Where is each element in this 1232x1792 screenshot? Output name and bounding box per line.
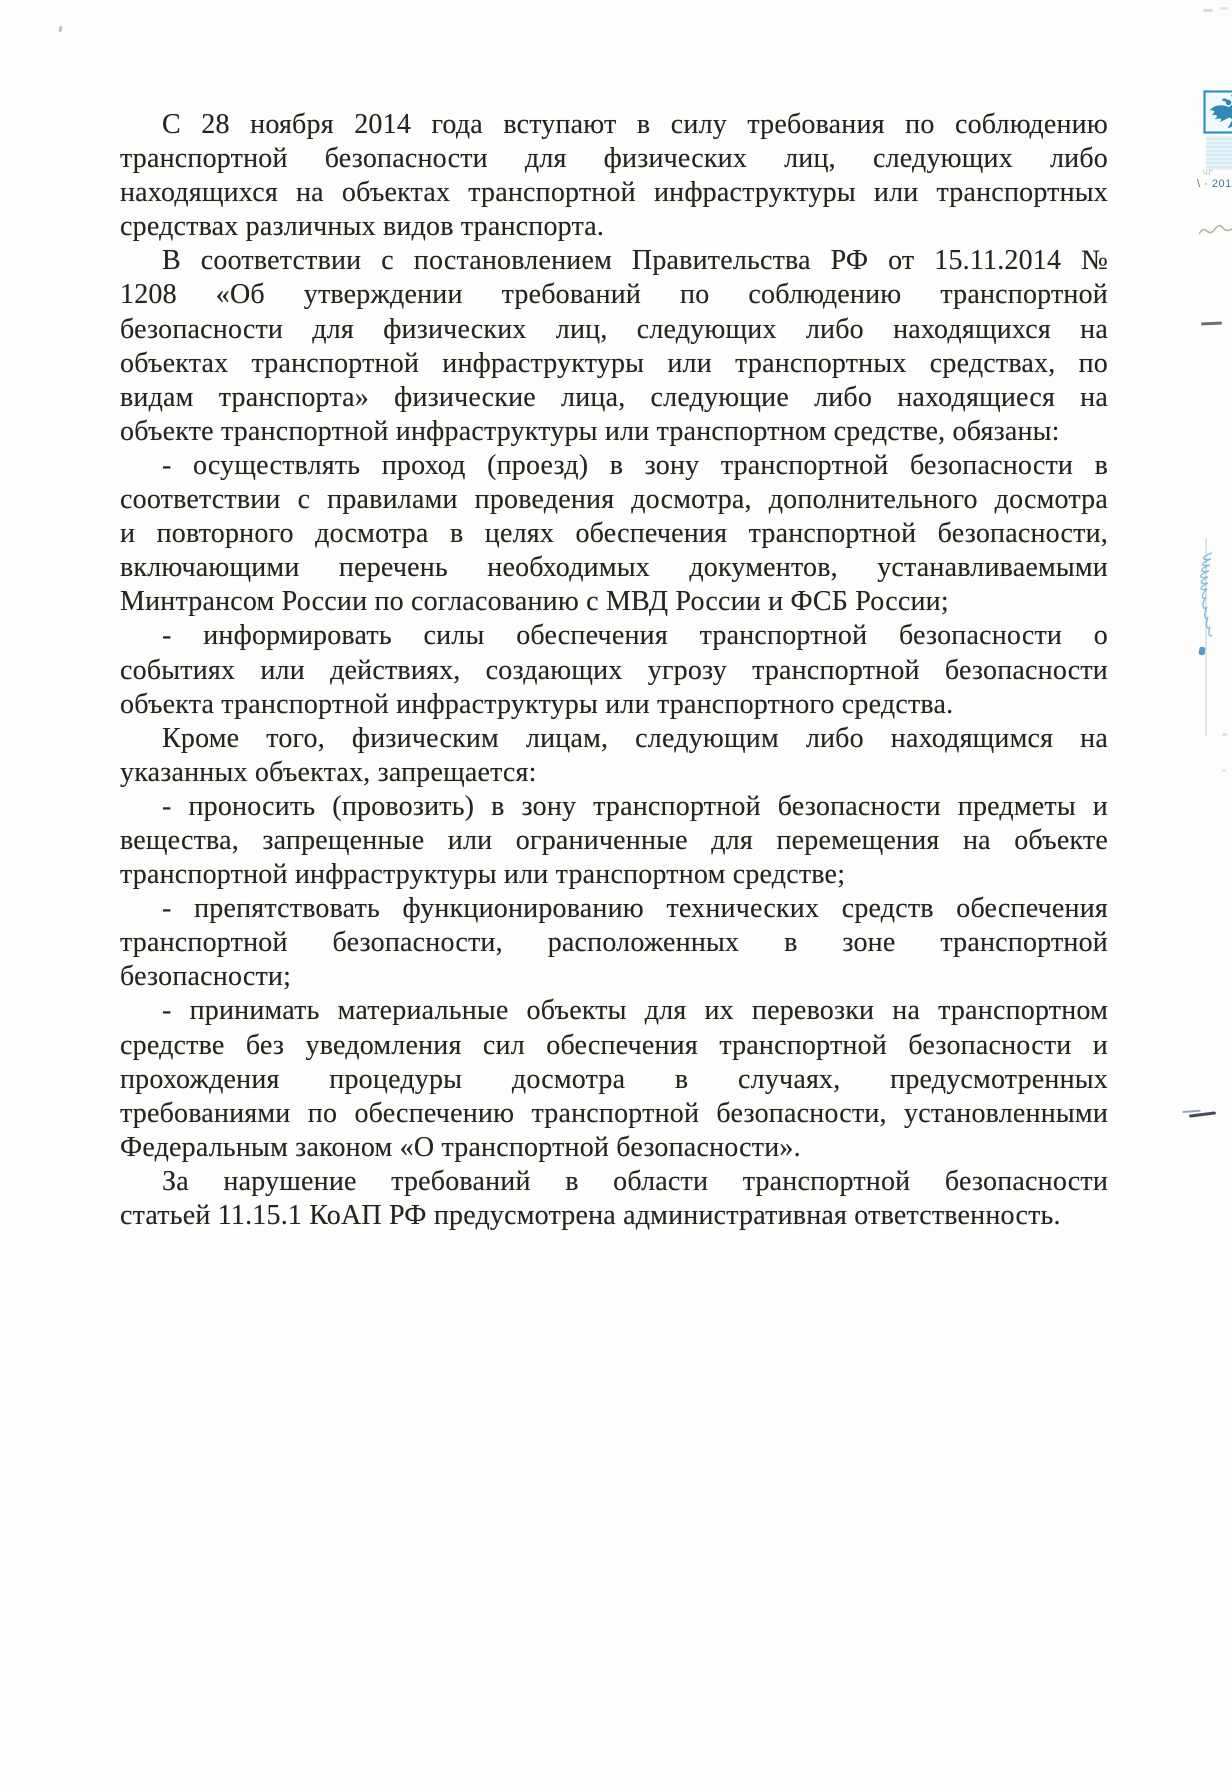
text-line: - информировать силы обеспечения транспо… [120, 619, 1108, 653]
text-line: прохождения процедуры досмотра в случаях… [120, 1063, 1108, 1097]
text-line: 1208 «Об утверждении требований по соблю… [120, 278, 1108, 312]
scan-speck [1222, 769, 1226, 772]
document-text: С 28 ноября 2014 года вступают в силу тр… [120, 108, 1108, 1233]
text-line: соответствии с правилами проведения досм… [120, 483, 1108, 517]
text-line: видам транспорта» физические лица, следу… [120, 381, 1108, 415]
text-line: средстве без уведомления сил обеспечения… [120, 1029, 1108, 1063]
paragraph: - проносить (провозить) в зону транспорт… [120, 790, 1108, 892]
blue-ink-squiggle [1196, 551, 1220, 643]
pen-dash-mark [1189, 1111, 1216, 1117]
text-line: Минтрансом России по согласованию с МВД … [120, 585, 1108, 619]
text-line: вещества, запрещенные или ограниченные д… [120, 824, 1108, 858]
paragraph: В соответствии с постановлением Правител… [120, 244, 1108, 449]
text-line: - препятствовать функционированию технич… [120, 892, 1108, 926]
text-line: объекте транспортной инфраструктуры или … [120, 415, 1108, 449]
paragraph: - информировать силы обеспечения транспо… [120, 619, 1108, 721]
text-line: - осуществлять проход (проезд) в зону тр… [120, 449, 1108, 483]
text-line: объектах транспортной инфраструктуры или… [120, 347, 1108, 381]
paragraph: - осуществлять проход (проезд) в зону тр… [120, 449, 1108, 619]
text-line: С 28 ноября 2014 года вступают в силу тр… [120, 108, 1108, 142]
text-line: событиях или действиях, создающих угрозу… [120, 654, 1108, 688]
stamp-faint-label: ЧГ [1203, 170, 1213, 177]
text-line: безопасности для физических лиц, следующ… [120, 313, 1108, 347]
paragraph: За нарушение требований в области трансп… [120, 1165, 1108, 1233]
scan-speck [1203, 9, 1213, 12]
text-line: объекта транспортной инфраструктуры или … [120, 688, 1108, 722]
text-line: транспортной инфраструктуры или транспор… [120, 858, 1108, 892]
text-line: За нарушение требований в области трансп… [120, 1165, 1108, 1199]
text-line: и повторного досмотра в целях обеспечени… [120, 517, 1108, 551]
pencil-dash-mark [1201, 322, 1222, 326]
text-line: - принимать материальные объекты для их … [120, 994, 1108, 1028]
text-line: Кроме того, физическим лицам, следующим … [120, 722, 1108, 756]
paragraph: - принимать материальные объекты для их … [120, 994, 1108, 1164]
double-eagle-emblem-icon [1203, 90, 1232, 136]
blue-ink-dot [1198, 647, 1205, 656]
text-line: указанных объектах, запрещается: [120, 756, 1108, 790]
text-line: Федеральным законом «О транспортной безо… [120, 1131, 1108, 1165]
text-line: находящихся на объектах транспортной инф… [120, 176, 1108, 210]
paragraph: - препятствовать функционированию технич… [120, 892, 1108, 994]
paragraph: С 28 ноября 2014 года вступают в силу тр… [120, 108, 1108, 244]
scan-speck [1222, 733, 1227, 736]
text-line: средствах различных видов транспорта. [120, 210, 1108, 244]
stamp-year-label: \ · 2011 [1197, 178, 1232, 190]
text-line: включающими перечень необходимых докумен… [120, 551, 1108, 585]
scan-speck [1220, 7, 1228, 10]
text-line: - проносить (провозить) в зону транспорт… [120, 790, 1108, 824]
text-line: безопасности; [120, 960, 1108, 994]
text-line: требованиями по обеспечению транспортной… [120, 1097, 1108, 1131]
paragraph: Кроме того, физическим лицам, следующим … [120, 722, 1108, 790]
text-line: В соответствии с постановлением Правител… [120, 244, 1108, 278]
scanned-document-page: С 28 ноября 2014 года вступают в силу тр… [0, 0, 1232, 1792]
text-line: транспортной безопасности для физических… [120, 142, 1108, 176]
text-line: транспортной безопасности, расположенных… [120, 926, 1108, 960]
stamp-ink-strip [1206, 136, 1232, 170]
registration-stamp: ЧГ \ · 2011 [1203, 90, 1232, 200]
text-line: статьей 11.15.1 КоАП РФ предусмотрена ад… [120, 1199, 1108, 1233]
pencil-squiggle-mark [1199, 223, 1232, 239]
scan-speck [59, 26, 63, 32]
